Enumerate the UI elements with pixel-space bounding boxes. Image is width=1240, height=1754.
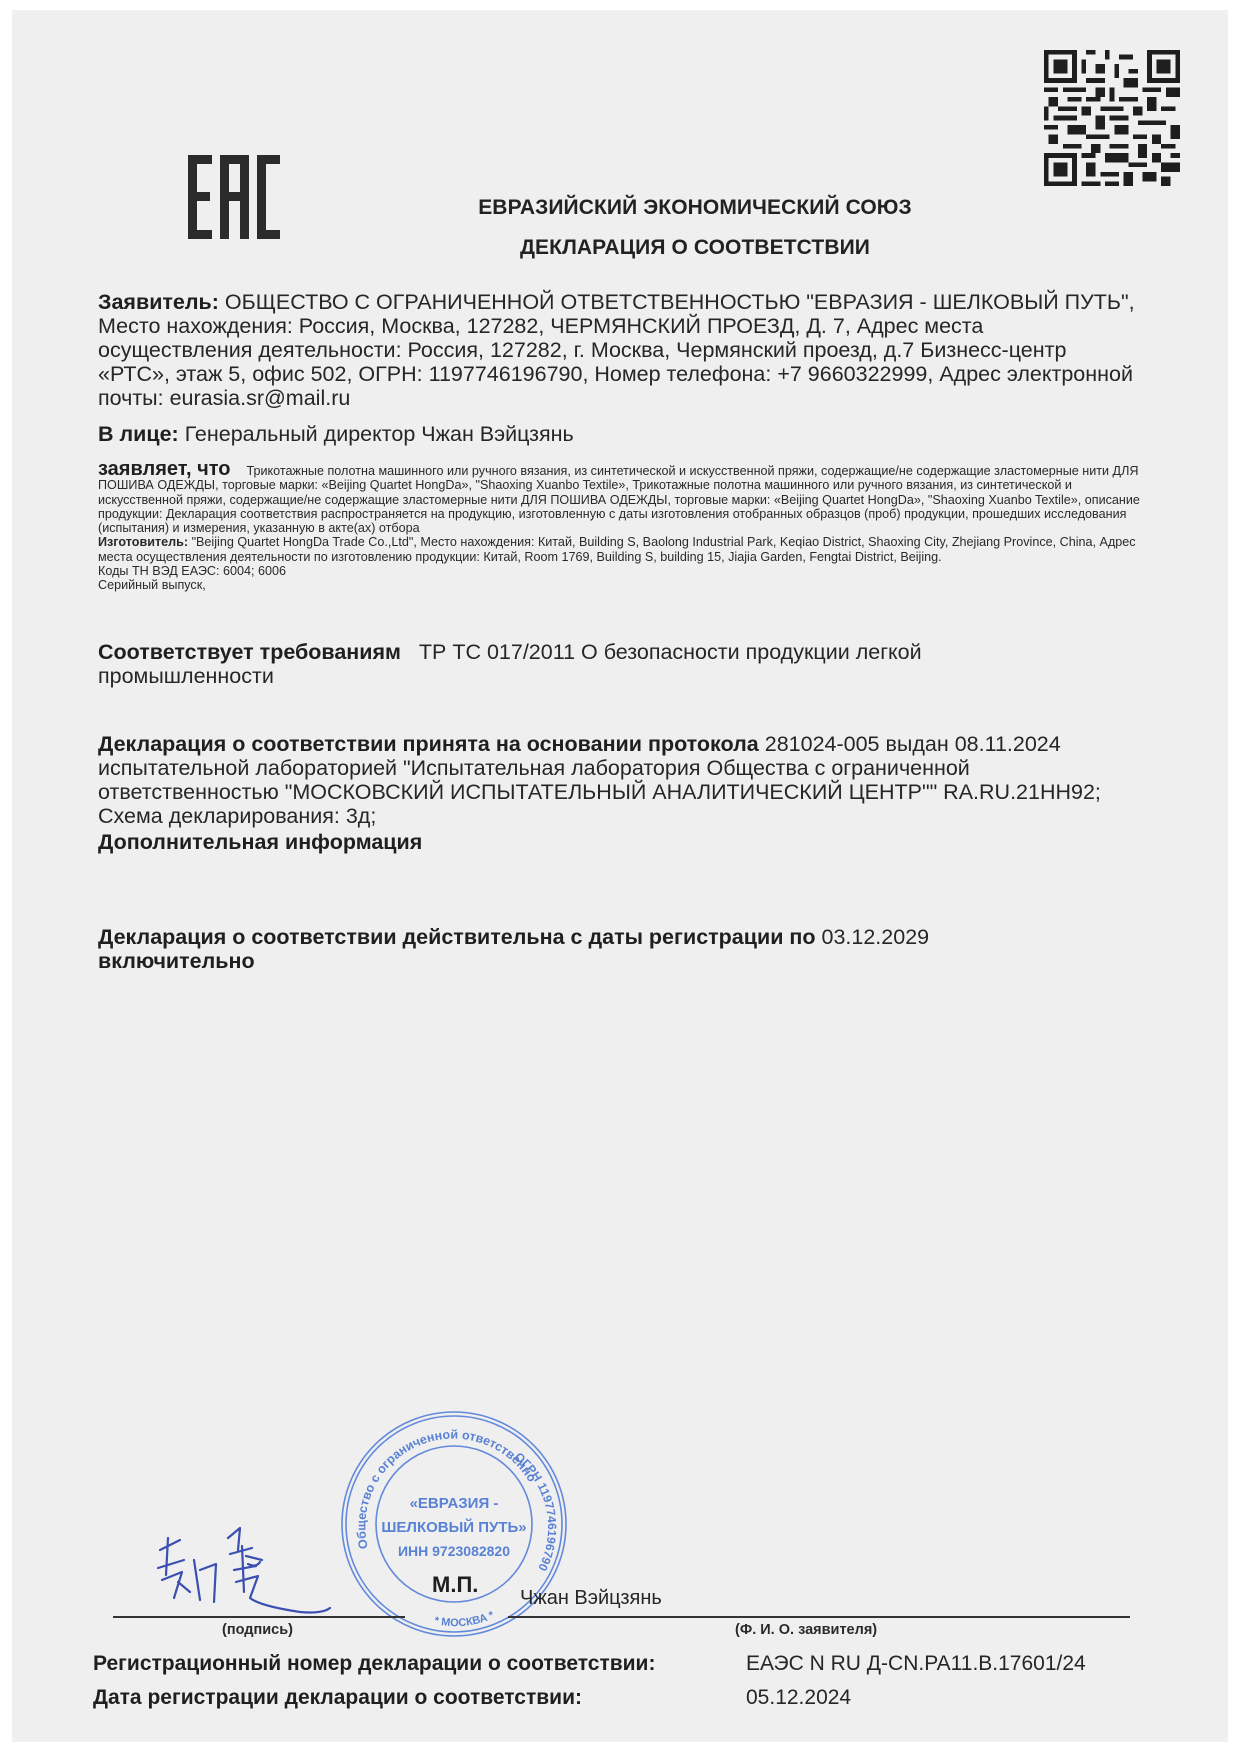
registration-number-label: Регистрационный номер декларации о соотв… (93, 1652, 655, 1676)
applicant-label: Заявитель: (98, 290, 219, 314)
validity-date: 03.12.2029 (822, 925, 930, 949)
tnved-codes: Коды ТН ВЭД ЕАЭС: 6004; 6006 (98, 564, 286, 578)
declares-label: заявляет, что (98, 458, 231, 480)
stamp-place-mark: М.П. (432, 1572, 478, 1598)
requirements-section: Соответствует требованиям ТР ТС 017/2011… (98, 640, 1098, 688)
registration-date-label: Дата регистрации декларации о соответств… (93, 1686, 582, 1710)
representative-label: В лице: (98, 422, 179, 446)
representative-section: В лице: Генеральный директор Чжан Вэйцзя… (98, 422, 1138, 446)
signer-name: Чжан Вэйцзянь (520, 1587, 662, 1610)
name-line (508, 1616, 1130, 1618)
registration-number: ЕАЭС N RU Д-CN.PA11.B.17601/24 (746, 1652, 1086, 1676)
document-page (12, 10, 1228, 1742)
manufacturer-label: Изготовитель: (98, 535, 188, 549)
document-title: ДЕКЛАРАЦИЯ О СООТВЕТСТВИИ (0, 236, 1240, 260)
additional-info-section: Дополнительная информация (98, 830, 1138, 854)
signature-caption: (подпись) (222, 1622, 293, 1638)
stamp-name-line2: ШЕЛКОВЫЙ ПУТЬ» (381, 1518, 526, 1536)
applicant-section: Заявитель: ОБЩЕСТВО С ОГРАНИЧЕННОЙ ОТВЕТ… (98, 290, 1138, 410)
basis-label: Декларация о соответствии принята на осн… (98, 732, 759, 756)
representative-text: Генеральный директор Чжан Вэйцзянь (185, 422, 574, 446)
declaration-section: заявляет, чтоТрикотажные полотна машинно… (98, 462, 1150, 593)
validity-label: Декларация о соответствии действительна … (98, 925, 816, 949)
name-caption: (Ф. И. О. заявителя) (735, 1622, 877, 1638)
qr-code-icon[interactable] (1044, 50, 1180, 186)
registration-date: 05.12.2024 (746, 1686, 851, 1710)
validity-suffix: включительно (98, 949, 255, 973)
validity-section: Декларация о соответствии действительна … (98, 925, 1138, 973)
basis-section: Декларация о соответствии принята на осн… (98, 732, 1138, 828)
union-heading: ЕВРАЗИЙСКИЙ ЭКОНОМИЧЕСКИЙ СОЮЗ (0, 196, 1240, 220)
production-type: Серийный выпуск, (98, 578, 206, 592)
handwritten-signature-icon (150, 1520, 340, 1620)
additional-info-label: Дополнительная информация (98, 830, 422, 854)
applicant-text: ОБЩЕСТВО С ОГРАНИЧЕННОЙ ОТВЕТСТВЕННОСТЬЮ… (98, 290, 1135, 410)
product-description: Трикотажные полотна машинного или ручног… (98, 464, 1140, 535)
stamp-name-line1: «ЕВРАЗИЯ - (410, 1495, 499, 1512)
stamp-inn: ИНН 9723082820 (398, 1543, 510, 1559)
requirements-label: Соответствует требованиям (98, 640, 401, 664)
manufacturer-text: "Beijing Quartet HongDa Trade Co.,Ltd", … (98, 535, 1136, 563)
signature-line (113, 1616, 405, 1618)
